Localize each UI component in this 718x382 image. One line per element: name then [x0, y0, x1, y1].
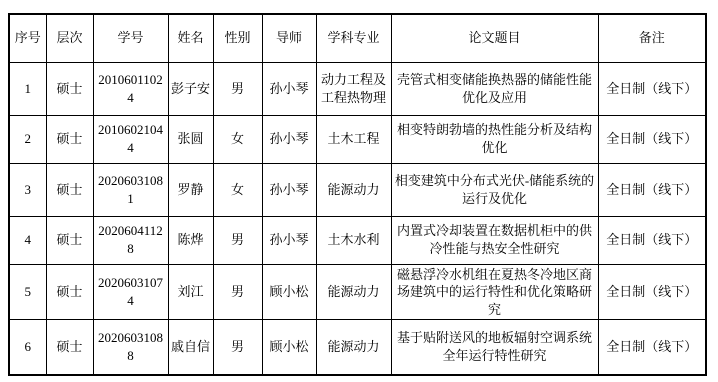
- cell-gender: 男: [213, 62, 262, 115]
- column-header-remark: 备注: [598, 14, 706, 62]
- cell-index: 3: [9, 163, 46, 216]
- cell-level: 硕士: [46, 62, 93, 115]
- column-header-index: 序号: [9, 14, 46, 62]
- cell-level: 硕士: [46, 320, 93, 375]
- table-row: 6硕士20206031088戚自信男顾小松能源动力基于贴附送风的地板辐射空调系统…: [9, 320, 706, 375]
- table-row: 3硕士20206031081罗静女孙小琴能源动力相变建筑中分布式光伏-储能系统的…: [9, 163, 706, 216]
- cell-advisor: 顾小松: [262, 320, 316, 375]
- cell-major: 能源动力: [316, 163, 391, 216]
- cell-level: 硕士: [46, 216, 93, 264]
- table-body: 1硕士20106011024彭子安男孙小琴动力工程及工程热物理壳管式相变储能换热…: [9, 62, 706, 375]
- cell-gender: 女: [213, 163, 262, 216]
- cell-gender: 男: [213, 320, 262, 375]
- cell-remark: 全日制（线下）: [598, 264, 706, 320]
- column-header-major: 学科专业: [316, 14, 391, 62]
- column-header-level: 层次: [46, 14, 93, 62]
- cell-thesis-title: 相变建筑中分布式光伏-储能系统的运行及优化: [391, 163, 598, 216]
- cell-major: 土木工程: [316, 115, 391, 163]
- table-row: 2硕士20106021044张圆女孙小琴土木工程相变特朗勃墙的热性能分析及结构优…: [9, 115, 706, 163]
- cell-name: 张圆: [168, 115, 213, 163]
- cell-index: 5: [9, 264, 46, 320]
- table-row: 4硕士20206041128陈烨男孙小琴土木水利内置式冷却装置在数据机柜中的供冷…: [9, 216, 706, 264]
- cell-thesis-title: 内置式冷却装置在数据机柜中的供冷性能与热安全性研究: [391, 216, 598, 264]
- cell-thesis-title: 相变特朗勃墙的热性能分析及结构优化: [391, 115, 598, 163]
- cell-thesis-title: 基于贴附送风的地板辐射空调系统全年运行特性研究: [391, 320, 598, 375]
- cell-remark: 全日制（线下）: [598, 62, 706, 115]
- cell-gender: 女: [213, 115, 262, 163]
- cell-index: 6: [9, 320, 46, 375]
- table-row: 1硕士20106011024彭子安男孙小琴动力工程及工程热物理壳管式相变储能换热…: [9, 62, 706, 115]
- cell-name: 刘江: [168, 264, 213, 320]
- table-header: 序号 层次 学号 姓名 性别 导师 学科专业 论文题目 备注: [9, 14, 706, 62]
- cell-name: 戚自信: [168, 320, 213, 375]
- cell-thesis-title: 壳管式相变储能换热器的储能性能优化及应用: [391, 62, 598, 115]
- cell-student-id: 20206031081: [93, 163, 168, 216]
- cell-advisor: 孙小琴: [262, 115, 316, 163]
- cell-major: 能源动力: [316, 264, 391, 320]
- cell-index: 4: [9, 216, 46, 264]
- cell-remark: 全日制（线下）: [598, 163, 706, 216]
- column-header-thesis-title: 论文题目: [391, 14, 598, 62]
- header-row: 序号 层次 学号 姓名 性别 导师 学科专业 论文题目 备注: [9, 14, 706, 62]
- column-header-student-id: 学号: [93, 14, 168, 62]
- cell-advisor: 孙小琴: [262, 62, 316, 115]
- column-header-advisor: 导师: [262, 14, 316, 62]
- cell-index: 2: [9, 115, 46, 163]
- cell-student-id: 20206031074: [93, 264, 168, 320]
- student-thesis-table: 序号 层次 学号 姓名 性别 导师 学科专业 论文题目 备注 1硕士201060…: [8, 13, 707, 376]
- cell-level: 硕士: [46, 163, 93, 216]
- cell-remark: 全日制（线下）: [598, 115, 706, 163]
- cell-student-id: 20206031088: [93, 320, 168, 375]
- cell-name: 陈烨: [168, 216, 213, 264]
- column-header-gender: 性别: [213, 14, 262, 62]
- cell-major: 能源动力: [316, 320, 391, 375]
- cell-level: 硕士: [46, 115, 93, 163]
- cell-student-id: 20206041128: [93, 216, 168, 264]
- cell-major: 土木水利: [316, 216, 391, 264]
- cell-remark: 全日制（线下）: [598, 320, 706, 375]
- cell-advisor: 孙小琴: [262, 216, 316, 264]
- cell-advisor: 孙小琴: [262, 163, 316, 216]
- table-row: 5硕士20206031074刘江男顾小松能源动力磁悬浮冷水机组在夏热冬冷地区商场…: [9, 264, 706, 320]
- cell-level: 硕士: [46, 264, 93, 320]
- cell-name: 罗静: [168, 163, 213, 216]
- cell-gender: 男: [213, 216, 262, 264]
- cell-remark: 全日制（线下）: [598, 216, 706, 264]
- cell-name: 彭子安: [168, 62, 213, 115]
- column-header-name: 姓名: [168, 14, 213, 62]
- cell-index: 1: [9, 62, 46, 115]
- cell-advisor: 顾小松: [262, 264, 316, 320]
- cell-gender: 男: [213, 264, 262, 320]
- cell-major: 动力工程及工程热物理: [316, 62, 391, 115]
- cell-thesis-title: 磁悬浮冷水机组在夏热冬冷地区商场建筑中的运行特性和优化策略研究: [391, 264, 598, 320]
- cell-student-id: 20106021044: [93, 115, 168, 163]
- cell-student-id: 20106011024: [93, 62, 168, 115]
